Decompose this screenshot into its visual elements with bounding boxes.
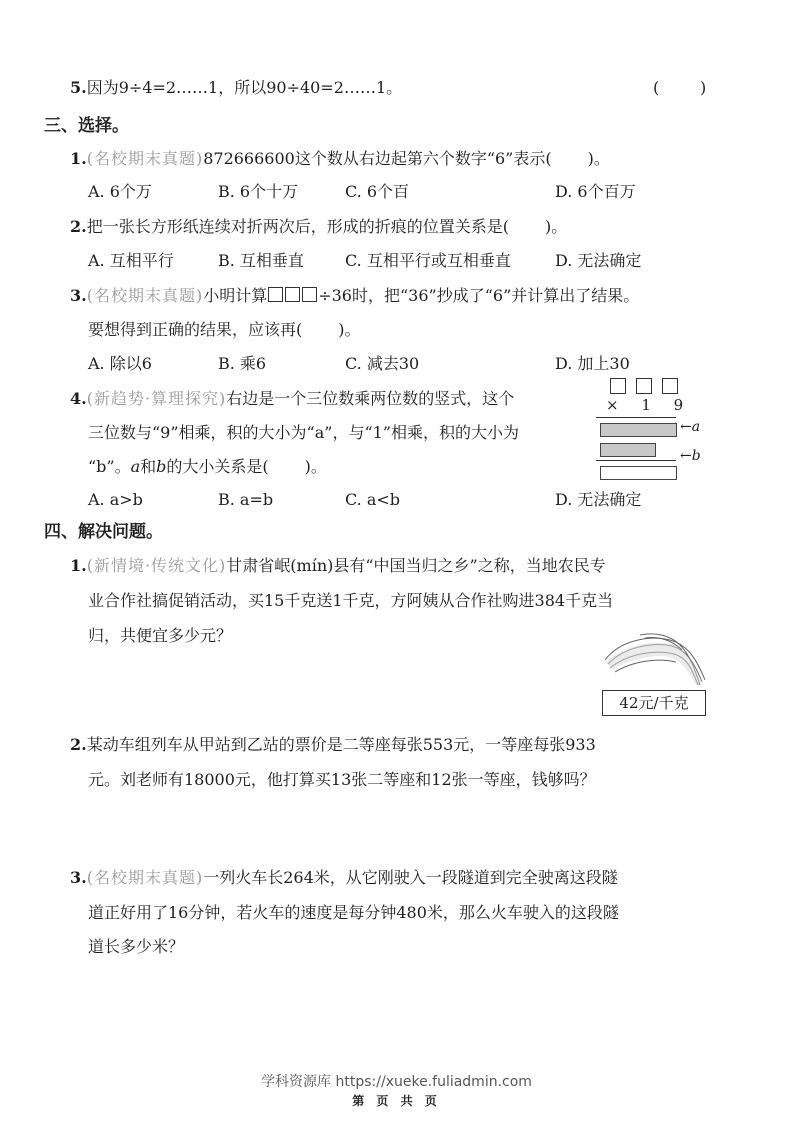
choice-question-4: 4.(新趋势·算理探究)右边是一个三位数乘两位数的竖式，这个 [70, 389, 514, 409]
question-number: 5. [70, 78, 87, 97]
option-b[interactable]: B. 乘6 [218, 354, 266, 374]
question-number: 2. [70, 735, 87, 754]
choice-question-3-line2: 要想得到正确的结果，应该再()。 [88, 320, 361, 340]
option-b[interactable]: B. a=b [218, 490, 273, 510]
option-c[interactable]: C. a<b [345, 490, 400, 510]
digit-box [610, 378, 626, 394]
question-text: 甘肃省岷(mín)县有“中国当归之乡”之称，当地农民专 [226, 556, 605, 575]
question-number: 2. [70, 217, 87, 236]
option-d[interactable]: D. 6个百万 [555, 182, 636, 202]
question-number: 4. [70, 389, 87, 408]
problem-question-1-line3: 归，共便宜多少元？ [88, 626, 232, 646]
variable-a: a [131, 457, 141, 476]
problem-question-1: 1.(新情境·传统文化)甘肃省岷(mín)县有“中国当归之乡”之称，当地农民专 [70, 556, 606, 576]
question-text-end: )。 [305, 457, 327, 476]
digit-box [636, 378, 652, 394]
judge-question-5: 5.因为9÷4=2……1，所以90÷40=2……1。 [70, 78, 402, 98]
option-c[interactable]: C. 6个百 [345, 182, 409, 202]
problem-question-1-line2: 业合作社搞促销活动，买15千克送1千克，方阿姨从合作社购进384千克当 [88, 591, 613, 611]
label-a-arrow: ←a [680, 419, 700, 435]
question-text: 因为9÷4=2……1，所以90÷40=2……1。 [87, 78, 402, 97]
question-tag: (名校期末真题) [87, 149, 204, 168]
question-text: “b”。 [88, 457, 131, 476]
question-tag: (新趋势·算理探究) [87, 389, 227, 408]
option-a[interactable]: A. a>b [88, 490, 143, 510]
footer-site: 学科资源库 https://xueke.fuliadmin.com [0, 1071, 793, 1091]
vertical-multiplication-diagram: × 1 9 ←a ←b [594, 376, 720, 488]
choice-question-1: 1.(名校期末真题)872666600这个数从右边起第六个数字“6”表示()。 [70, 149, 610, 169]
answer-paren-close: ) [700, 78, 706, 98]
partial-product-a [600, 423, 677, 437]
question-text: 把一张长方形纸连续对折两次后，形成的折痕的位置关系是( [87, 217, 509, 236]
question-text: 和 [140, 457, 156, 476]
footer-page-number: 第 页 共 页 [0, 1092, 793, 1109]
question-tag: (新情境·传统文化) [87, 556, 227, 575]
question-text: 小明计算 [203, 286, 267, 305]
option-c[interactable]: C. 减去30 [345, 354, 419, 374]
question-text: 右边是一个三位数乘两位数的竖式，这个 [226, 389, 514, 408]
question-number: 3. [70, 868, 87, 887]
question-tag: (名校期末真题) [87, 868, 204, 887]
blank-digit-box [285, 287, 300, 302]
question-text-end: )。 [588, 149, 610, 168]
divider-line [596, 460, 676, 461]
option-b[interactable]: B. 6个十万 [218, 182, 298, 202]
option-a[interactable]: A. 互相平行 [88, 251, 174, 271]
question-number: 1. [70, 556, 87, 575]
question-number: 1. [70, 149, 87, 168]
angelica-root-illustration [600, 630, 710, 690]
question-text: 872666600这个数从右边起第六个数字“6”表示( [203, 149, 551, 168]
question-text: 某动车组列车从甲站到乙站的票价是二等座每张553元，一等座每张933 [87, 735, 596, 754]
section-heading-choice: 三、选择。 [44, 115, 129, 137]
blank-digit-box [268, 287, 283, 302]
question-text: 一列火车长264米，从它刚驶入一段隧道到完全驶离这段隧 [203, 868, 618, 887]
choice-question-4-line2: 三位数与“9”相乘，积的大小为“a”，与“1”相乘，积的大小为 [88, 423, 519, 443]
option-d[interactable]: D. 加上30 [555, 354, 630, 374]
problem-question-3-line3: 道长多少米？ [88, 937, 184, 957]
question-text: 的大小关系是( [166, 457, 268, 476]
variable-b: b [156, 457, 166, 476]
question-text: 要想得到正确的结果，应该再( [88, 320, 302, 339]
problem-question-2-line2: 元。刘老师有18000元，他打算买13张二等座和12张一等座，钱够吗？ [88, 770, 596, 790]
question-number: 3. [70, 286, 87, 305]
price-card: 42元/千克 [602, 690, 706, 716]
choice-question-4-line3: “b”。a和b的大小关系是()。 [88, 457, 327, 477]
multiplier-row: × 1 9 [606, 396, 692, 414]
option-a[interactable]: A. 6个万 [88, 182, 152, 202]
label-b-arrow: ←b [680, 448, 701, 464]
question-text: ÷36时，把“36”抄成了“6”并计算出了结果。 [318, 286, 639, 305]
option-b[interactable]: B. 互相垂直 [218, 251, 304, 271]
option-d[interactable]: D. 无法确定 [555, 251, 641, 271]
section-heading-problems: 四、解决问题。 [44, 521, 163, 543]
option-c[interactable]: C. 互相平行或互相垂直 [345, 251, 511, 271]
problem-question-3-line2: 道正好用了16分钟，若火车的速度是每分钟480米，那么火车驶入的这段隧 [88, 903, 619, 923]
question-tag: (名校期末真题) [87, 286, 204, 305]
problem-question-2: 2.某动车组列车从甲站到乙站的票价是二等座每张553元，一等座每张933 [70, 735, 596, 755]
divider-line [596, 417, 676, 418]
answer-paren-open: ( [653, 78, 659, 98]
option-d[interactable]: D. 无法确定 [555, 490, 641, 510]
choice-question-3: 3.(名校期末真题)小明计算÷36时，把“36”抄成了“6”并计算出了结果。 [70, 286, 639, 306]
option-a[interactable]: A. 除以6 [88, 354, 152, 374]
question-text-end: )。 [338, 320, 360, 339]
blank-digit-box [302, 287, 317, 302]
question-text-end: )。 [545, 217, 567, 236]
choice-question-2: 2.把一张长方形纸连续对折两次后，形成的折痕的位置关系是()。 [70, 217, 567, 237]
problem-question-3: 3.(名校期末真题)一列火车长264米，从它刚驶入一段隧道到完全驶离这段隧 [70, 868, 618, 888]
partial-product-b [600, 443, 656, 457]
digit-box [662, 378, 678, 394]
final-product [600, 466, 677, 480]
